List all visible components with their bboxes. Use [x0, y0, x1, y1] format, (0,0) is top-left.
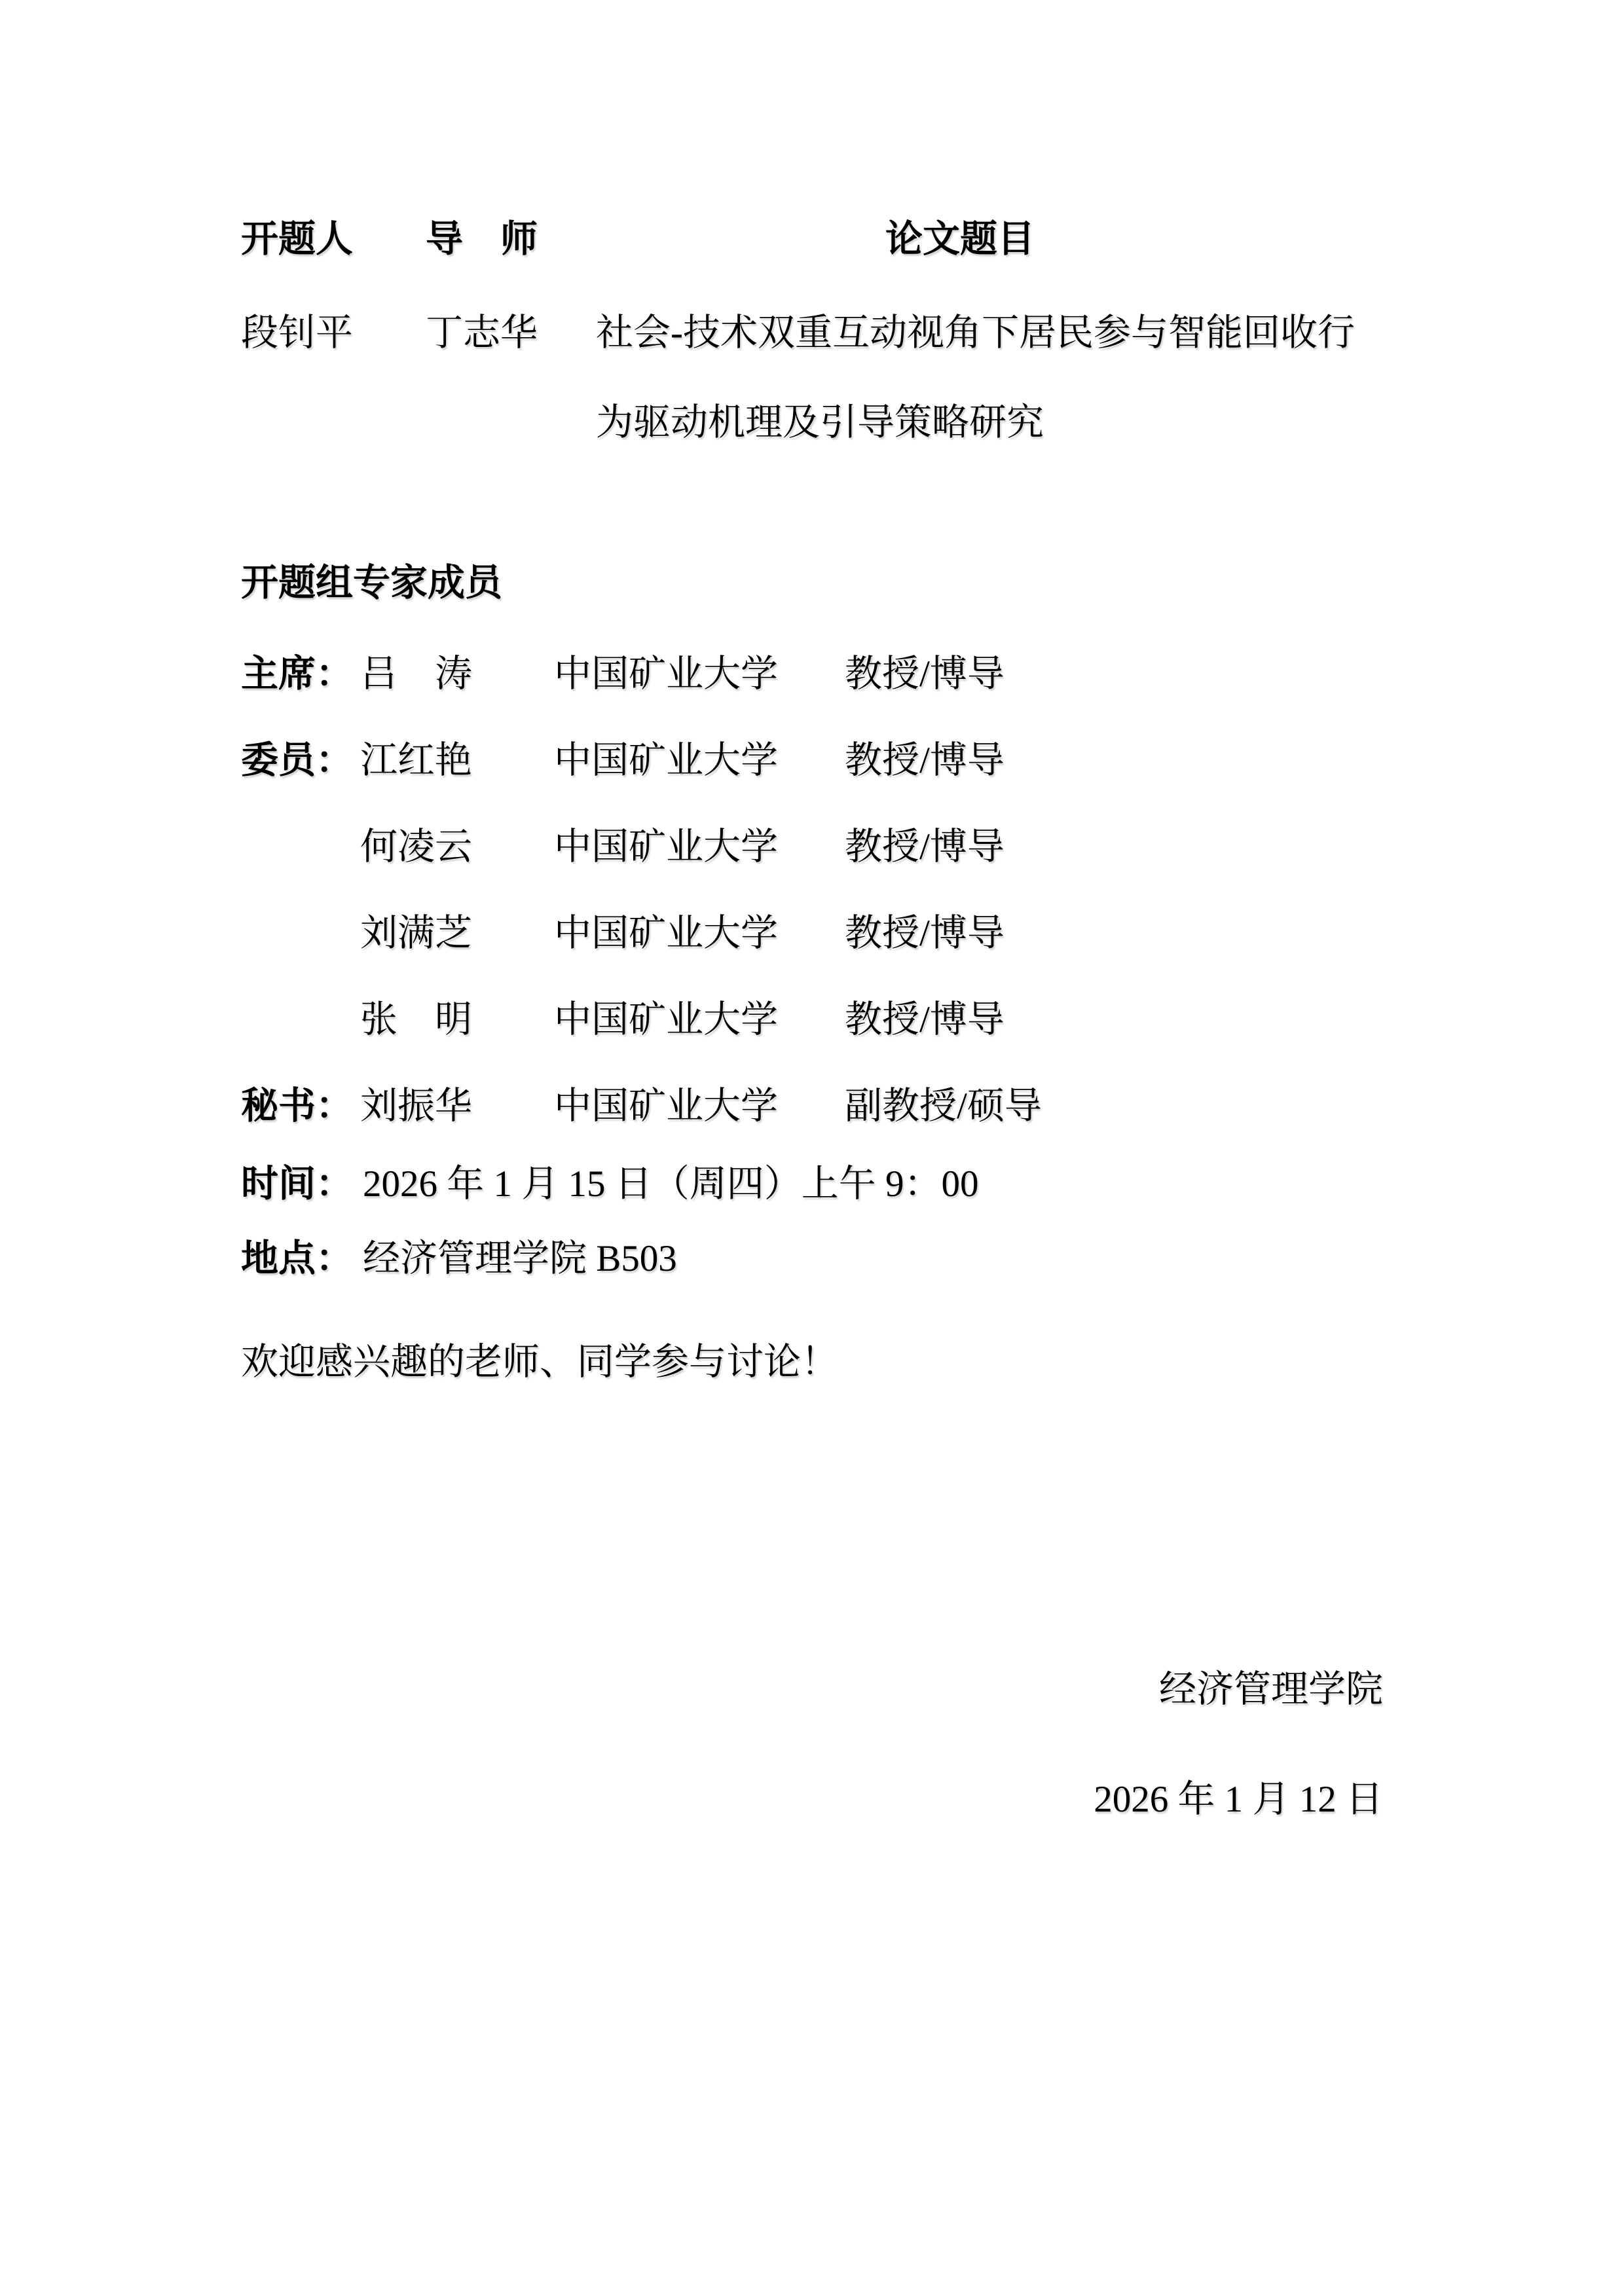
committee-heading: 开题组专家成员	[241, 562, 502, 605]
invitation-text: 欢迎感兴趣的老师、同学参与讨论！	[241, 1341, 838, 1384]
member-name: 何凌云	[360, 826, 472, 869]
member-name: 刘振华	[360, 1085, 472, 1128]
member-role-label: 主席：	[241, 653, 353, 696]
signature-organization: 经济管理学院	[1159, 1668, 1383, 1711]
thesis-title-row2: 为驱动机理及引导策略研究	[0, 401, 1624, 445]
thesis-column-header: 论文题目	[885, 218, 1035, 261]
committee-member-row: 委员： 江红艳 中国矿业大学 教授/博导	[0, 739, 1624, 782]
member-affiliation: 中国矿业大学	[554, 739, 778, 782]
signature-organization-row: 经济管理学院	[0, 1668, 1624, 1711]
committee-member-row: 主席： 吕 涛 中国矿业大学 教授/博导	[0, 653, 1624, 696]
invitation-row: 欢迎感兴趣的老师、同学参与讨论！	[0, 1341, 1624, 1384]
committee-member-row: 张 明 中国矿业大学 教授/博导	[0, 998, 1624, 1042]
proposer-name: 段钊平	[241, 312, 353, 355]
thesis-title-line1: 社会-技术双重互动视角下居民参与智能回收行	[596, 312, 1355, 355]
announcement-document: 开题人 导 师 论文题目 段钊平 丁志华 社会-技术双重互动视角下居民参与智能回…	[0, 0, 1624, 2296]
supervisor-column-header: 导 师	[426, 218, 538, 261]
member-title: 教授/博导	[845, 912, 1005, 955]
committee-member-row: 刘满芝 中国矿业大学 教授/博导	[0, 912, 1624, 955]
proposer-row: 段钊平 丁志华 社会-技术双重互动视角下居民参与智能回收行	[0, 312, 1624, 355]
member-name: 张 明	[360, 998, 472, 1042]
committee-member-row: 秘书： 刘振华 中国矿业大学 副教授/硕导	[0, 1085, 1624, 1128]
supervisor-name: 丁志华	[426, 312, 538, 355]
member-affiliation: 中国矿业大学	[554, 826, 778, 869]
table-header-row: 开题人 导 师 论文题目	[0, 218, 1624, 261]
member-role-label: 秘书：	[241, 1085, 353, 1128]
committee-member-row: 何凌云 中国矿业大学 教授/博导	[0, 826, 1624, 869]
member-title: 教授/博导	[845, 739, 1005, 782]
member-affiliation: 中国矿业大学	[554, 653, 778, 696]
thesis-title-line2: 为驱动机理及引导策略研究	[596, 401, 1044, 445]
venue-label: 地点：	[241, 1237, 353, 1281]
member-title: 教授/博导	[845, 653, 1005, 696]
member-role-label: 委员：	[241, 739, 353, 782]
signature-date: 2026 年 1 月 12 日	[1094, 1778, 1383, 1821]
time-row: 时间： 2026 年 1 月 15 日（周四）上午 9：00	[0, 1163, 1624, 1206]
member-affiliation: 中国矿业大学	[554, 912, 778, 955]
time-label: 时间：	[241, 1163, 353, 1206]
proposer-column-header: 开题人	[241, 218, 353, 261]
time-value: 2026 年 1 月 15 日（周四）上午 9：00	[363, 1163, 979, 1206]
member-title: 副教授/硕导	[845, 1085, 1042, 1128]
member-title: 教授/博导	[845, 998, 1005, 1042]
member-name: 江红艳	[360, 739, 472, 782]
venue-value: 经济管理学院 B503	[363, 1237, 677, 1281]
signature-date-row: 2026 年 1 月 12 日	[0, 1778, 1624, 1821]
member-title: 教授/博导	[845, 826, 1005, 869]
member-affiliation: 中国矿业大学	[554, 1085, 778, 1128]
member-name: 吕 涛	[360, 653, 472, 696]
member-name: 刘满芝	[360, 912, 472, 955]
venue-row: 地点： 经济管理学院 B503	[0, 1237, 1624, 1281]
member-affiliation: 中国矿业大学	[554, 998, 778, 1042]
committee-heading-row: 开题组专家成员	[0, 562, 1624, 605]
